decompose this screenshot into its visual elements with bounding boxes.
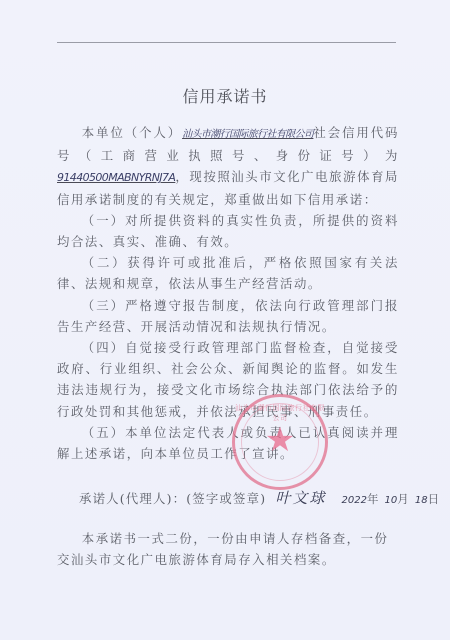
- day-handwritten: 18: [415, 495, 428, 506]
- document-page: 信用承诺书 本单位（个人）汕头市潮行国际旅行社有限公司社会信用代码号（工商营业执…: [0, 0, 450, 640]
- header-rule: [57, 42, 396, 43]
- official-seal: 汕头市潮行国际旅行社有限公司 ★: [232, 394, 328, 490]
- commitment-5: （五）本单位法定代表人或负责人已认真阅读并理解上述承诺，向本单位员工作了宣讲。: [57, 422, 399, 464]
- intro-paragraph: 本单位（个人）汕头市潮行国际旅行社有限公司社会信用代码号（工商营业执照号、身份证…: [57, 122, 399, 210]
- signature-line: 承诺人(代理人)：(签字或签章) 叶文球 2022年 10月 18日: [79, 487, 419, 508]
- credit-code-handwritten: 91440500MABNYRNJ7A: [57, 171, 175, 184]
- document-title: 信用承诺书: [0, 84, 450, 107]
- footer-text: 本承诺书一式二份，一份由申请人存档备查，一份交汕头市文化广电旅游体育局存入相关档…: [57, 528, 399, 570]
- month-handwritten: 10: [385, 495, 398, 506]
- commitment-3: （三）严格遵守报告制度，依法向行政管理部门报告生产经营、开展活动情况和法规执行情…: [57, 295, 399, 337]
- seal-star-icon: ★: [235, 423, 325, 457]
- year-handwritten: 2022: [342, 495, 367, 506]
- month-unit: 月: [397, 492, 410, 506]
- commitment-2: （二）获得许可或批准后，严格依照国家有关法律、法规和规章，依法从事生产经营活动。: [57, 252, 399, 294]
- commitment-1: （一）对所提供资料的真实性负责，所提供的资料均合法、真实、准确、有效。: [57, 210, 399, 252]
- document-body: 本单位（个人）汕头市潮行国际旅行社有限公司社会信用代码号（工商营业执照号、身份证…: [57, 122, 399, 464]
- year-unit: 年: [367, 492, 380, 506]
- intro-prefix: 本单位（个人）: [82, 125, 182, 140]
- signature-label: 承诺人(代理人)：(签字或签章): [79, 491, 266, 506]
- signature-date: 2022年 10月 18日: [342, 492, 441, 506]
- company-name-handwritten: 汕头市潮行国际旅行社有限公司: [182, 129, 313, 140]
- day-unit: 日: [428, 492, 441, 506]
- footer-paragraph: 本承诺书一式二份，一份由申请人存档备查，一份交汕头市文化广电旅游体育局存入相关档…: [57, 528, 399, 570]
- signer-handwritten: 叶文球: [275, 489, 326, 507]
- commitment-4: （四）自觉接受行政管理部门监督检查，自觉接受政府、行业组织、社会公众、新闻舆论的…: [57, 337, 399, 422]
